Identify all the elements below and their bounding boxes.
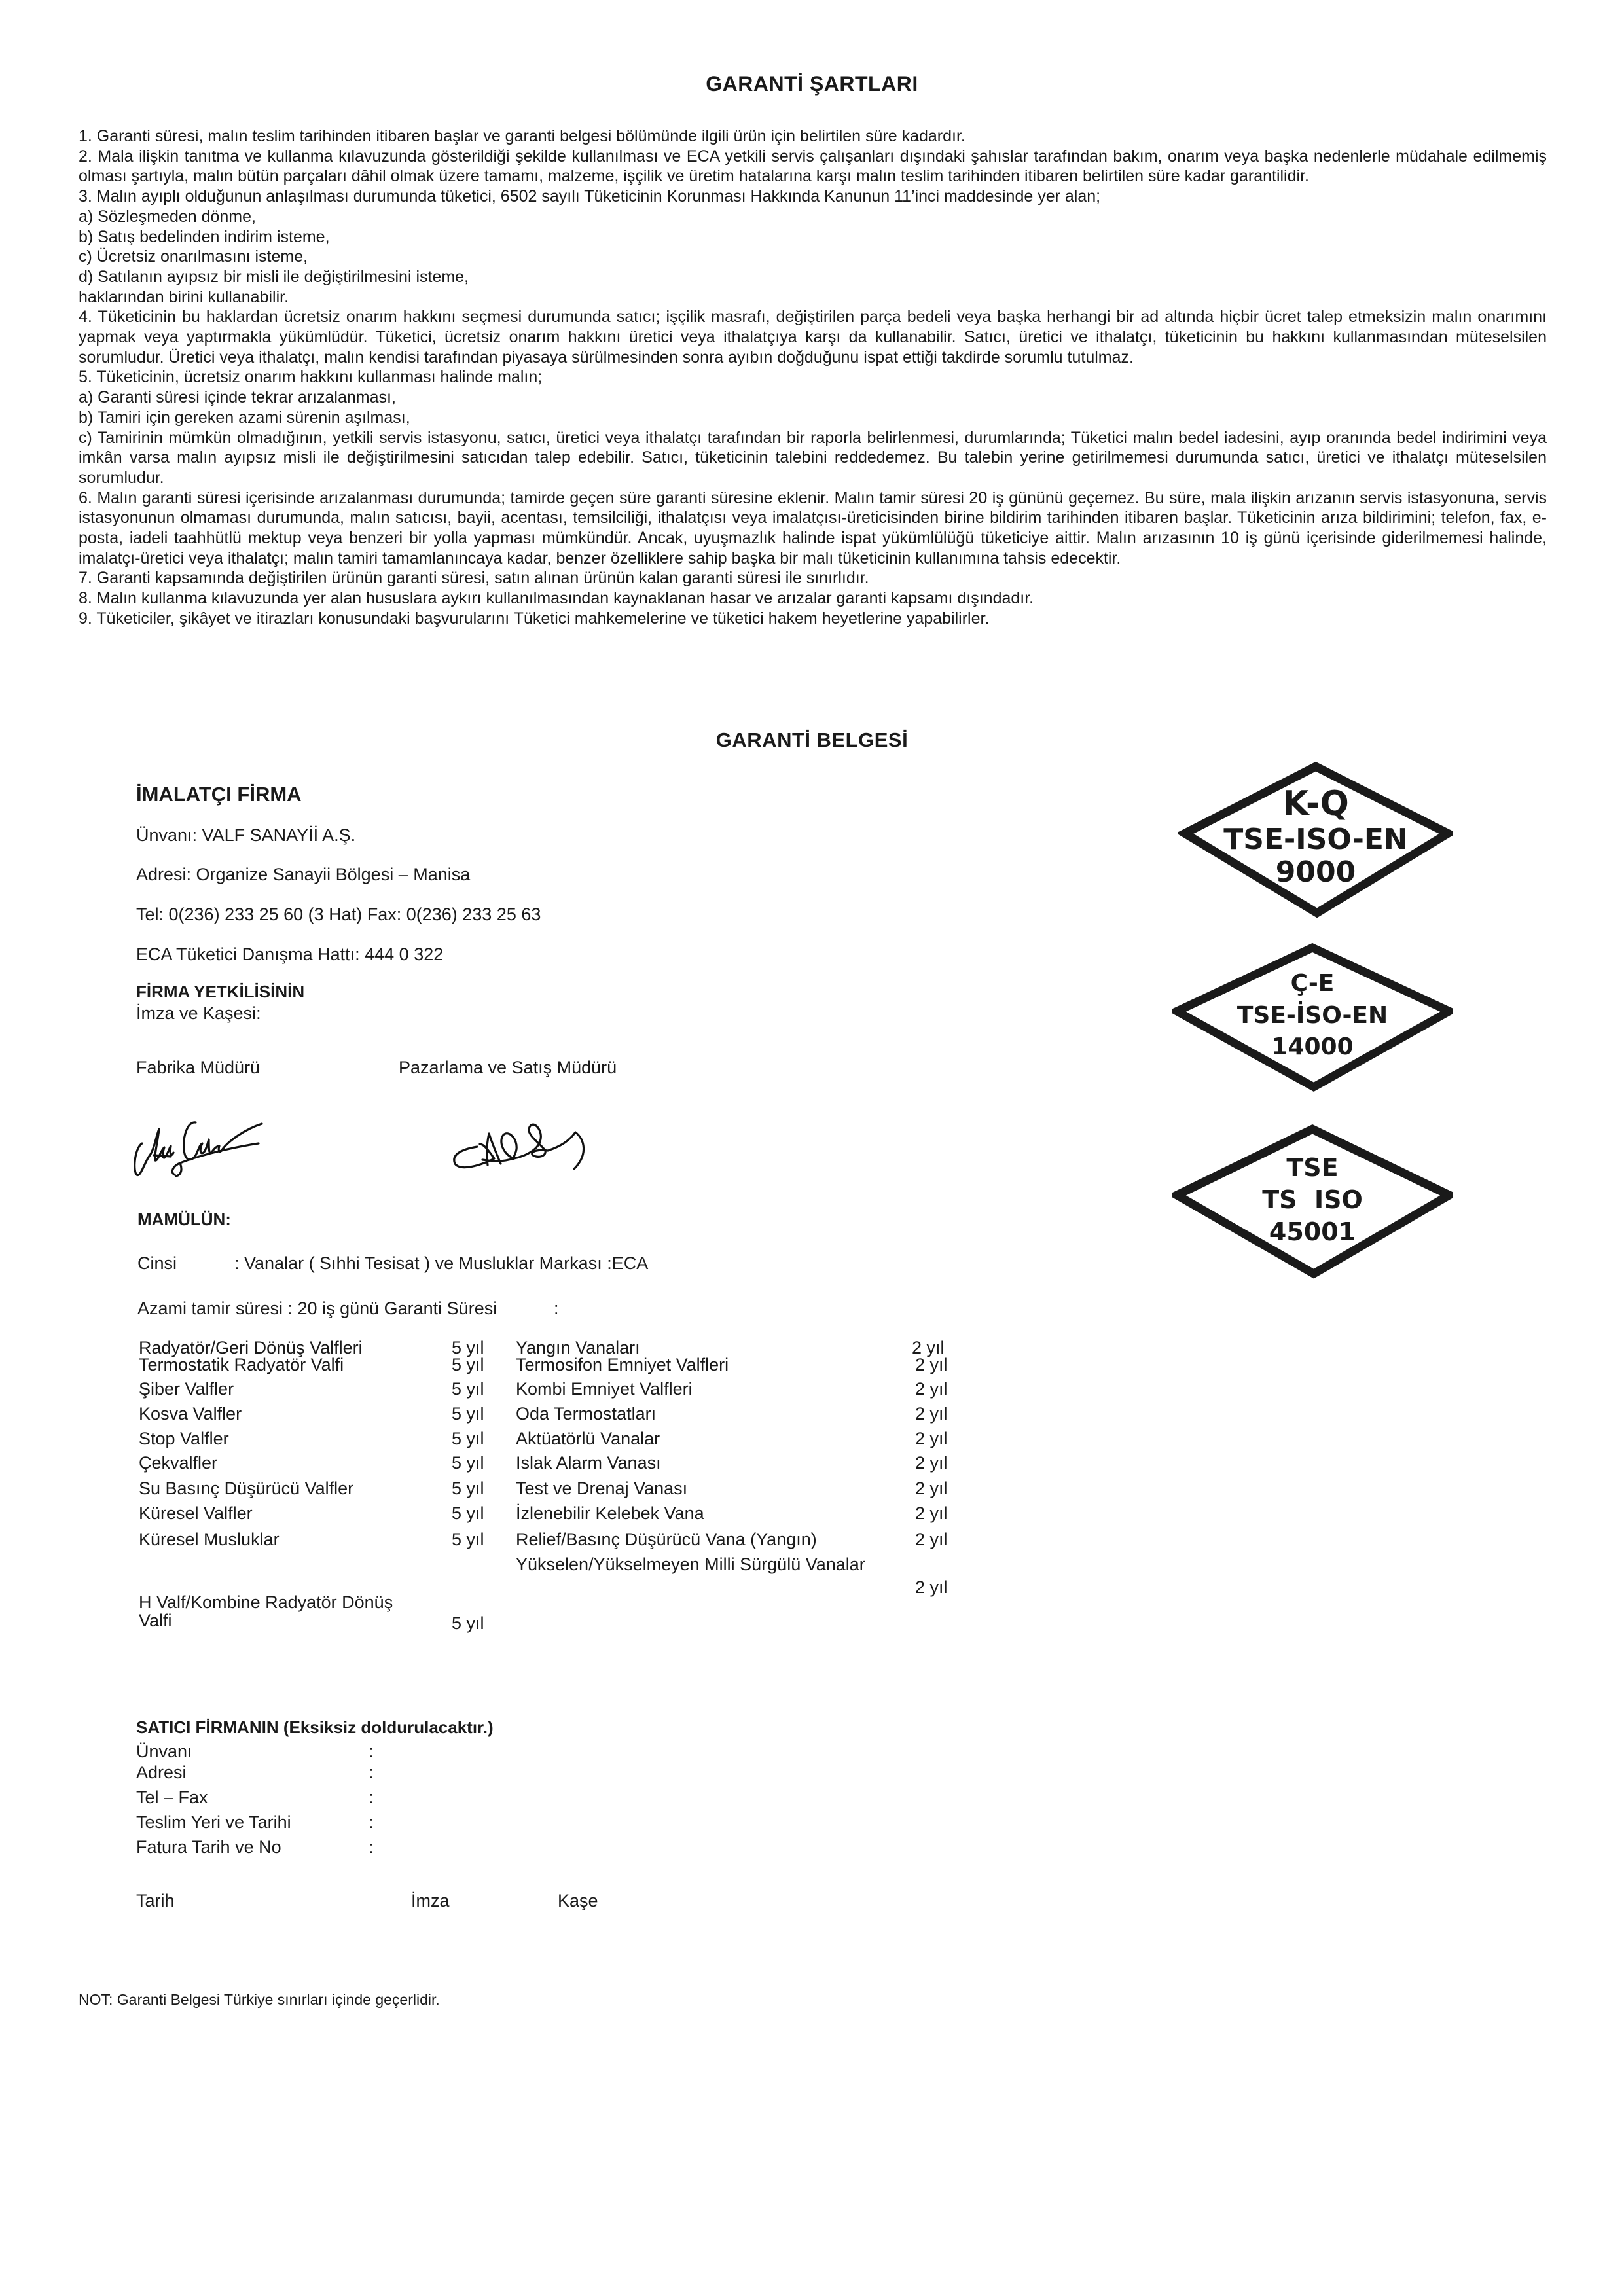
validity-note: NOT: Garanti Belgesi Türkiye sınırları i… (79, 1991, 440, 2009)
seller-field-colon: : (369, 1741, 374, 1762)
warranty-item-period: 2 yıl (915, 1379, 948, 1399)
warranty-item-name: Test ve Drenaj Vanası (516, 1479, 687, 1499)
warranty-item-name: Islak Alarm Vanası (516, 1453, 661, 1473)
cert-line: TSE-İSO-EN (1237, 1001, 1388, 1029)
signature-factory-manager (128, 1109, 285, 1185)
warranty-item-name: Aktüatörlü Vanalar (516, 1429, 660, 1449)
product-type-value: : Vanalar ( Sıhhi Tesisat ) ve Musluklar… (234, 1253, 648, 1274)
signatory-factory-manager: Fabrika Müdürü (136, 1057, 260, 1078)
warranty-item-period: 2 yıl (915, 1453, 948, 1473)
warranty-item-name: Yükselen/Yükselmeyen Milli Sürgülü Vanal… (516, 1554, 865, 1575)
manufacturer-phone: Tel: 0(236) 233 25 60 (3 Hat) Fax: 0(236… (136, 904, 541, 925)
warranty-item-name: Valfi (139, 1611, 172, 1631)
term-paragraph: 6. Malın garanti süresi içerisinde arıza… (79, 488, 1547, 569)
certificate-title: GARANTİ BELGESİ (0, 728, 1624, 752)
repair-duration: Azami tamir süresi : 20 iş günü Garanti … (137, 1298, 497, 1319)
cert-line: Ç-E (1291, 970, 1335, 997)
cert-line: 45001 (1269, 1217, 1356, 1246)
term-paragraph: 4. Tüketicinin bu haklardan ücretsiz ona… (79, 307, 1547, 367)
seller-heading: SATICI FİRMANIN (Eksiksiz doldurulacaktı… (136, 1717, 494, 1738)
seller-field-colon: : (369, 1762, 374, 1783)
cert-line: TSE (1286, 1153, 1338, 1182)
product-type-label: Cinsi (137, 1253, 177, 1274)
terms-list: 1. Garanti süresi, malın teslim tarihind… (79, 126, 1547, 629)
seller-field-colon: : (369, 1787, 374, 1808)
warranty-item-period: 5 yıl (452, 1530, 484, 1550)
warranty-item-period: 2 yıl (915, 1503, 948, 1524)
cert-line: TS ISO (1262, 1185, 1363, 1214)
term-subitem: c) Ücretsiz onarılmasını isteme, (79, 247, 1547, 267)
seller-field-label: Ünvanı (136, 1741, 192, 1762)
warranty-item-name: Termosifon Emniyet Valfleri (516, 1355, 729, 1375)
term-subitem: a) Garanti süresi içinde tekrar arızalan… (79, 387, 1547, 408)
manufacturer-address: Adresi: Organize Sanayii Bölgesi – Manis… (136, 864, 470, 885)
cert-logo-iso-45001: TSE TS ISO 45001 (1172, 1124, 1453, 1281)
term-paragraph: 1. Garanti süresi, malın teslim tarihind… (79, 126, 1547, 147)
warranty-item-name: Şiber Valfler (139, 1379, 234, 1399)
seller-field-label: Fatura Tarih ve No (136, 1837, 281, 1857)
warranty-item-name: Çekvalfler (139, 1453, 217, 1473)
warranty-item-name: H Valf/Kombine Radyatör Dönüş (139, 1592, 393, 1613)
cert-logo-iso-9000: K-Q TSE-ISO-EN 9000 (1178, 761, 1453, 918)
term-subitem: b) Satış bedelinden indirim isteme, (79, 227, 1547, 247)
warranty-item-period: 2 yıl (915, 1577, 948, 1598)
warranty-item-period: 5 yıl (452, 1429, 484, 1449)
seller-field-label: Teslim Yeri ve Tarihi (136, 1812, 291, 1833)
warranty-item-period: 5 yıl (452, 1404, 484, 1424)
seller-stamp-label: Kaşe (558, 1890, 598, 1911)
term-subitem: b) Tamiri için gereken azami sürenin aşı… (79, 408, 1547, 428)
authorized-heading: FİRMA YETKİLİSİNİN (136, 982, 304, 1002)
seller-date-label: Tarih (136, 1890, 175, 1911)
signatory-sales-manager: Pazarlama ve Satış Müdürü (399, 1057, 617, 1078)
term-paragraph: 2. Mala ilişkin tanıtma ve kullanma kıla… (79, 147, 1547, 187)
cert-line: TSE-ISO-EN (1223, 823, 1407, 856)
warranty-item-name: İzlenebilir Kelebek Vana (516, 1503, 704, 1524)
seller-signature-label: İmza (411, 1890, 450, 1911)
term-paragraph: 5. Tüketicinin, ücretsiz onarım hakkını … (79, 367, 1547, 387)
warranty-item-name: Küresel Musluklar (139, 1530, 280, 1550)
warranty-item-period: 5 yıl (452, 1503, 484, 1524)
seller-field-colon: : (369, 1812, 374, 1833)
term-paragraph: 7. Garanti kapsamında değiştirilen ürünü… (79, 568, 1547, 588)
warranty-item-name: Kosva Valfler (139, 1404, 242, 1424)
cert-line: 14000 (1271, 1033, 1353, 1060)
cert-line: 9000 (1276, 855, 1356, 889)
warranty-item-period: 5 yıl (452, 1613, 484, 1634)
seller-field-colon: : (369, 1837, 374, 1857)
signature-sales-manager (435, 1113, 592, 1181)
cert-line: K-Q (1282, 784, 1349, 823)
terms-title: GARANTİ ŞARTLARI (0, 72, 1624, 96)
cert-logo-iso-14000: Ç-E TSE-İSO-EN 14000 (1172, 942, 1453, 1093)
warranty-item-name: Relief/Basınç Düşürücü Vana (Yangın) (516, 1530, 817, 1550)
warranty-item-name: Su Basınç Düşürücü Valfler (139, 1479, 353, 1499)
warranty-item-name: Küresel Valfler (139, 1503, 253, 1524)
warranty-item-period: 5 yıl (452, 1479, 484, 1499)
seller-field-label: Adresi (136, 1762, 187, 1783)
manufacturer-title: Ünvanı: VALF SANAYİİ A.Ş. (136, 825, 355, 846)
authorized-subheading: İmza ve Kaşesi: (136, 1003, 261, 1024)
manufacturer-hotline: ECA Tüketici Danışma Hattı: 444 0 322 (136, 944, 443, 965)
warranty-item-period: 5 yıl (452, 1453, 484, 1473)
warranty-item-name: Oda Termostatları (516, 1404, 656, 1424)
term-subitem: haklarından birini kullanabilir. (79, 287, 1547, 308)
warranty-item-period: 5 yıl (452, 1355, 484, 1375)
term-subitem: a) Sözleşmeden dönme, (79, 207, 1547, 227)
term-paragraph: 8. Malın kullanma kılavuzunda yer alan h… (79, 588, 1547, 609)
warranty-item-period: 2 yıl (915, 1479, 948, 1499)
warranty-item-name: Kombi Emniyet Valfleri (516, 1379, 693, 1399)
repair-duration-colon: : (554, 1298, 559, 1319)
warranty-item-period: 5 yıl (452, 1379, 484, 1399)
warranty-item-period: 2 yıl (915, 1530, 948, 1550)
warranty-item-period: 2 yıl (915, 1404, 948, 1424)
term-subitem: d) Satılanın ayıpsız bir misli ile değiş… (79, 267, 1547, 287)
warranty-item-name: Stop Valfler (139, 1429, 229, 1449)
seller-field-label: Tel – Fax (136, 1787, 208, 1808)
term-paragraph: 3. Malın ayıplı olduğunun anlaşılması du… (79, 187, 1547, 207)
warranty-item-period: 2 yıl (915, 1429, 948, 1449)
product-heading: MAMÜLÜN: (137, 1210, 231, 1230)
warranty-item-name: Termostatik Radyatör Valfi (139, 1355, 344, 1375)
term-paragraph: 9. Tüketiciler, şikâyet ve itirazları ko… (79, 609, 1547, 629)
manufacturer-heading: İMALATÇI FİRMA (136, 783, 302, 806)
term-subitem: c) Tamirinin mümkün olmadığının, yetkili… (79, 428, 1547, 488)
warranty-item-period: 2 yıl (915, 1355, 948, 1375)
